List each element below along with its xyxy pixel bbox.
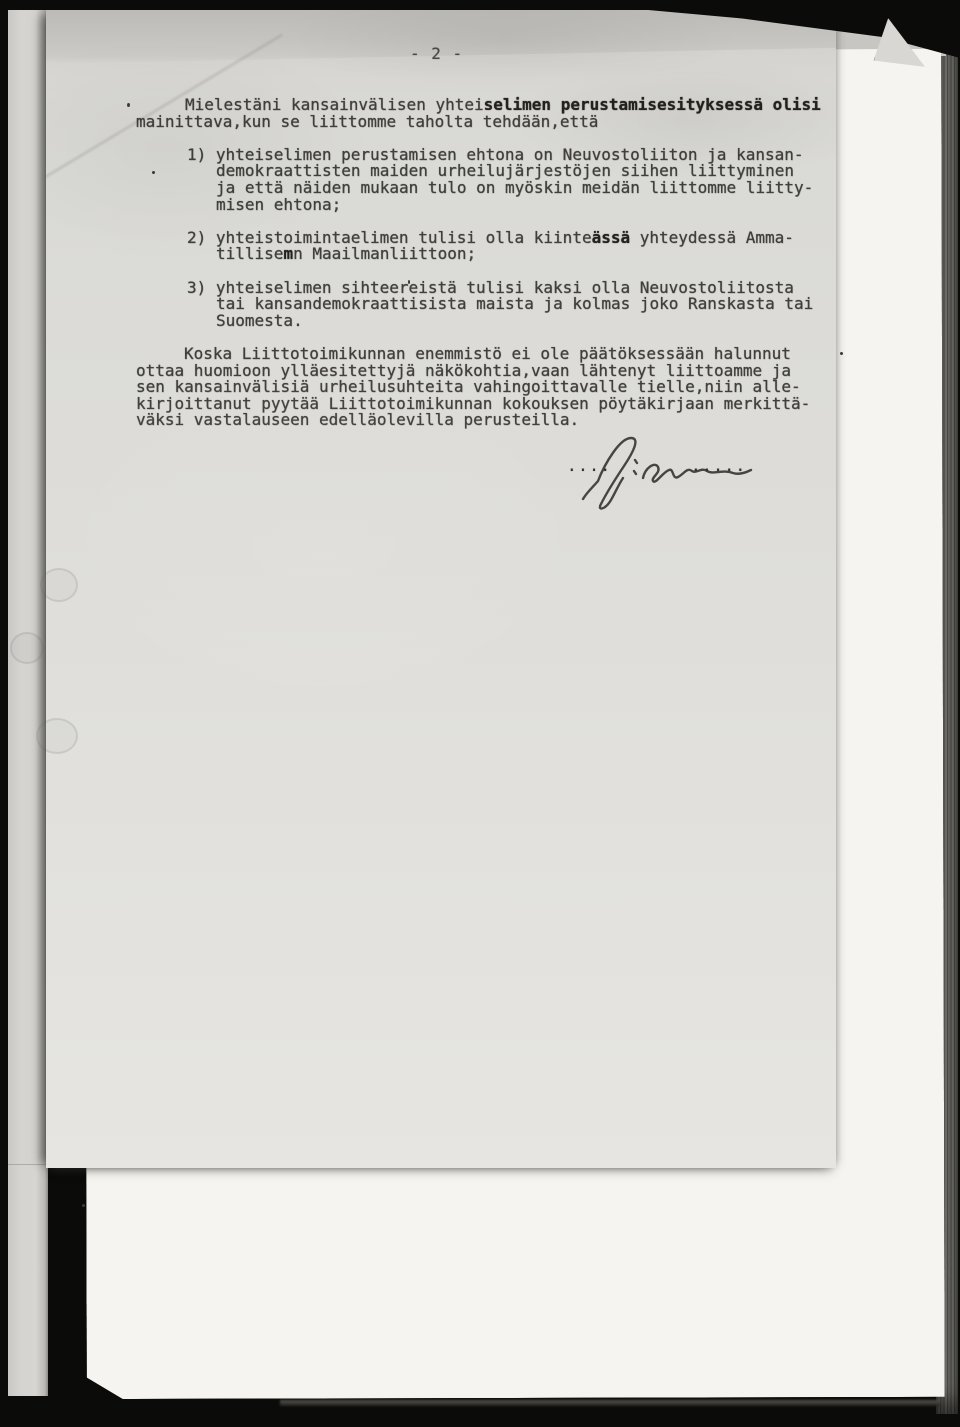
page-number: - 2 - bbox=[410, 45, 463, 62]
ink-speck bbox=[840, 352, 843, 355]
scan-bottom-shadow bbox=[280, 1400, 940, 1406]
text-segment: mainittava,kun se liittomme taholta tehd… bbox=[136, 112, 598, 131]
text-segment: väksi vastalauseen edelläolevilla perust… bbox=[136, 410, 579, 429]
paper-stain-ring bbox=[40, 568, 78, 602]
text-segment: misen ehtona; bbox=[216, 195, 341, 214]
text-segment: Suomesta. bbox=[216, 311, 303, 330]
text-segment-bold: m bbox=[283, 244, 293, 263]
left-page-edge bbox=[8, 10, 48, 1396]
typewritten-lines: Mielestäni kansainvälisen yhteiselimen p… bbox=[136, 97, 836, 429]
document-page: - 2 - Mielestäni kansainvälisen yhteisel… bbox=[46, 10, 836, 1168]
text-line: Suomesta. bbox=[136, 313, 836, 330]
text-segment: yhteydessä Amma- bbox=[630, 228, 794, 247]
text-line: tillisemn Maailmanliittoon; bbox=[136, 246, 836, 263]
text-segment: n Maailmanliittoon; bbox=[293, 244, 476, 263]
paper-stain-ring bbox=[10, 632, 44, 664]
ink-speck bbox=[82, 1204, 85, 1207]
text-segment: tillise bbox=[216, 244, 283, 263]
ink-speck bbox=[127, 103, 130, 107]
paper-stain-ring bbox=[36, 718, 78, 754]
text-segment: tai kansandemokraattisista maista ja kol… bbox=[216, 294, 813, 313]
signature-block: .... ..... bbox=[565, 425, 775, 520]
signature-scribble bbox=[575, 425, 765, 520]
text-line: mainittava,kun se liittomme taholta tehd… bbox=[136, 114, 836, 131]
text-line: misen ehtona; bbox=[136, 197, 836, 214]
scanned-document-photo: - 2 - Mielestäni kansainvälisen yhteisel… bbox=[0, 0, 960, 1427]
ink-speck bbox=[408, 280, 410, 284]
text-segment-bold: ässä bbox=[592, 228, 631, 247]
ink-speck bbox=[152, 171, 155, 174]
